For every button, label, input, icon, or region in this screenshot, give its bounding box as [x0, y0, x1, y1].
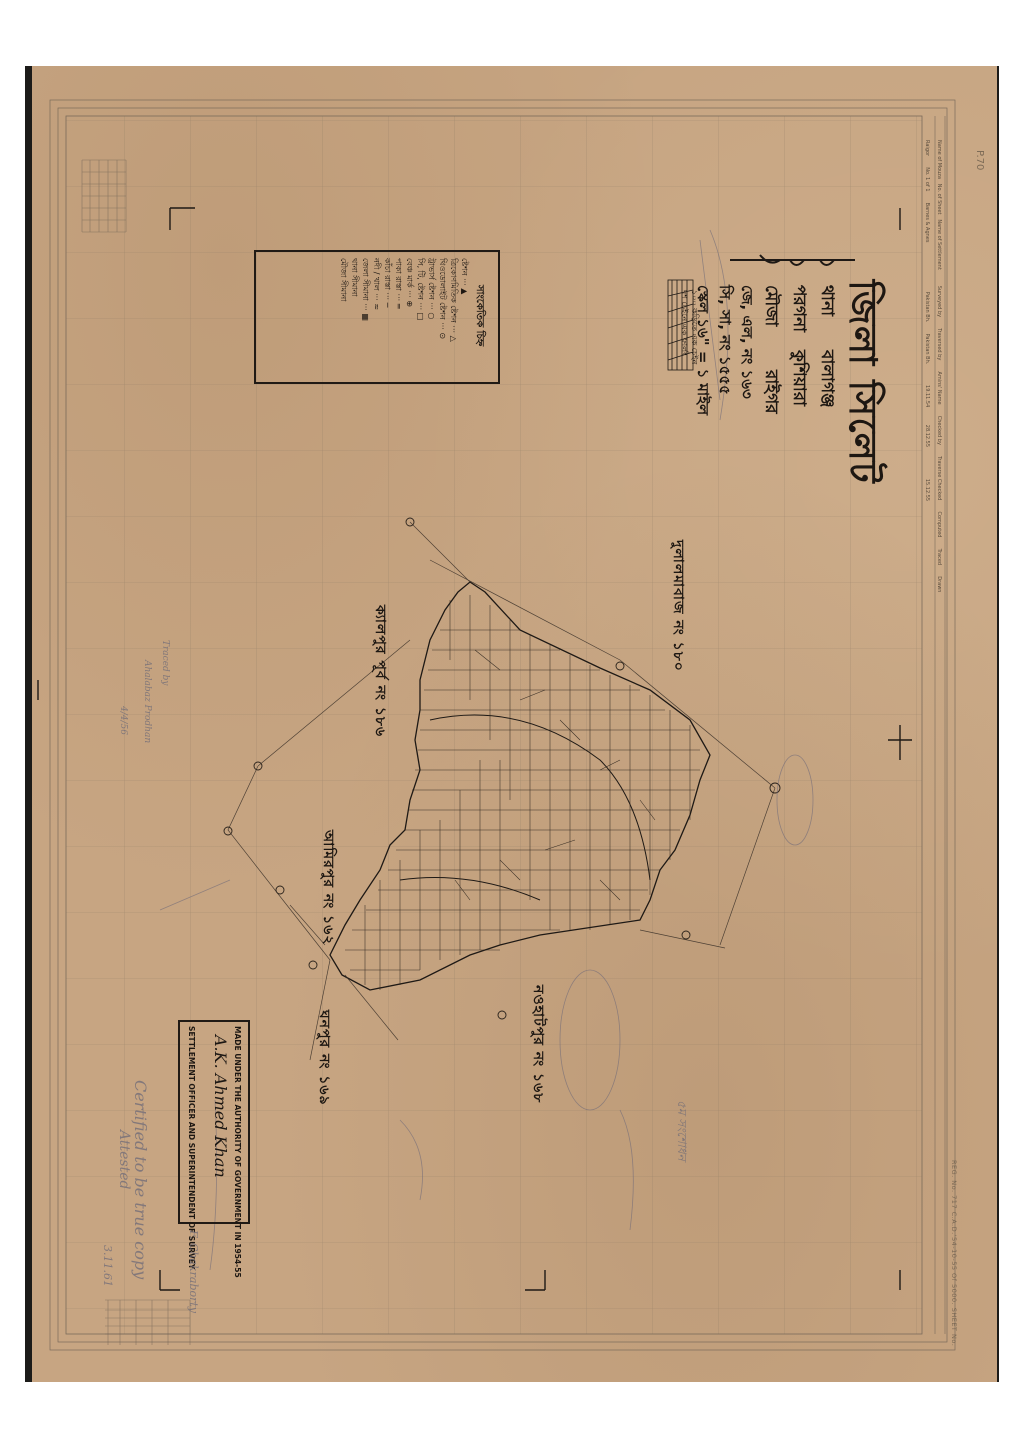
- thana-value: বালাগঞ্জ: [812, 350, 840, 408]
- margin-header: Traverse Checked: [936, 456, 942, 500]
- pencil-note-attested: Attested: [116, 1130, 132, 1189]
- theodolite-symbol-icon: ⊙: [438, 332, 447, 339]
- authority-signature: A.K. Ahmed Khan: [211, 1035, 230, 1178]
- legend-item: মৌজা সীমানা: [338, 258, 349, 342]
- pencil-note-date: 3.11.61: [101, 1245, 114, 1287]
- legend-item: নদী / খাল ··· ≈: [371, 258, 382, 342]
- scale-note-2: দশ চেইনে এক ফার্লং: [677, 290, 690, 356]
- margin-table: Name of Mouza No. of Sheet Name of Settl…: [936, 140, 942, 592]
- pargana-value: কুশিয়ারা: [784, 350, 812, 406]
- margin-value: Pakistan Bh.: [924, 334, 930, 365]
- pargana-label: পরগনা: [784, 285, 812, 332]
- pencil-note-left: Ahalabaz Prodhan: [142, 660, 152, 743]
- legend-title: সাংকেতিক চিহ্ন: [470, 285, 487, 346]
- unmetalled-road-symbol-icon: ─: [383, 303, 392, 308]
- boundary-label-south: ঘনপুর নং ১৬৯: [312, 1010, 336, 1106]
- river-symbol-icon: ≈: [372, 303, 381, 310]
- margin-header: Drawn: [936, 576, 942, 592]
- margin-value: 28.12.55: [924, 425, 930, 447]
- triangulation-symbol-icon: △: [449, 336, 458, 342]
- pencil-note-true-copy: Certified to be true copy: [131, 1080, 150, 1279]
- margin-header: Name of Settlement: [936, 219, 942, 269]
- legend-item: সি, টি, ষ্টেশন ··· □: [415, 258, 426, 342]
- ct-station-symbol-icon: □: [416, 313, 425, 321]
- margin-header: Amins' Name: [936, 371, 942, 404]
- legend-list: ষ্টেশন ··· ▲ ত্রিকোণমিতিক ষ্টেশন ··· △ থ…: [338, 258, 470, 342]
- margin-value: No. 1 of 1: [924, 167, 930, 191]
- margin-header: Name of Mouza: [936, 140, 942, 179]
- sheet-number: সি, সা, নং ১৫৫৫: [711, 285, 736, 395]
- margin-header: Traversed by: [936, 328, 942, 360]
- margin-header: Computed: [936, 512, 942, 538]
- mouza-label: মৌজা: [756, 285, 784, 326]
- mouza-value: রাইগর: [756, 370, 784, 414]
- traverse-symbol-icon: ○: [427, 312, 436, 319]
- margin-value: Raigor: [924, 140, 930, 156]
- legend-item: পাকা রাস্তা ··· ═: [393, 258, 404, 342]
- pencil-note-left-date: 4/4/56: [118, 706, 128, 735]
- legend-item: জেলা সীমানা ··· ▦: [360, 258, 371, 342]
- station-symbol-icon: ▲: [460, 288, 469, 294]
- margin-header: No. of Sheet: [936, 184, 942, 215]
- legend-item: কাঁচা রাস্তা ··· ─: [382, 258, 393, 342]
- pencil-note-name: F. Chakraborty: [187, 1230, 200, 1313]
- jl-number: জে, এল, নং ১৬৩: [733, 285, 758, 399]
- boundary-label-west: ক্যালপুর পূর্ব নং ১৮৬: [368, 605, 392, 737]
- boundary-label-southwest: আমিরপুর নং ১৬২: [316, 830, 340, 945]
- sheet-reference: P.70: [974, 150, 985, 170]
- margin-value: 19.11.54: [924, 385, 930, 407]
- legend-item: ত্রিকোণমিতিক ষ্টেশন ··· △: [448, 258, 459, 342]
- authority-line-1: MADE UNDER THE AUTHORITY OF GOVERNMENT I…: [233, 1026, 242, 1278]
- margin-value: 15.12.55: [924, 479, 930, 501]
- legend-item: থিওডোলাইট ষ্টেশন ··· ⊙: [437, 258, 448, 342]
- margin-table-values: Raigor No. 1 of 1 Barnes & Agnes Pakista…: [924, 140, 930, 501]
- boundary-label-southeast: নওহাটপুর নং ১৬৮: [526, 985, 550, 1103]
- legend-item: ট্রাভার্স ষ্টেশন ··· ○: [426, 258, 437, 342]
- legend-item: বেঞ্চ মার্ক ··· ⊕: [404, 258, 415, 342]
- map-linework: [0, 0, 1024, 1447]
- boundary-label-north: দুলালমাবাজ নং ১৮০: [666, 540, 690, 672]
- margin-header: Surveyed by: [936, 286, 942, 317]
- legend-item: থানা সীমানা: [349, 258, 360, 342]
- pencil-note-traced: Traced by: [160, 640, 170, 686]
- margin-header: Checked by: [936, 416, 942, 445]
- district-boundary-symbol-icon: ▦: [361, 313, 370, 321]
- margin-value: Barnes & Agnes: [924, 203, 930, 243]
- thana-label: থানা: [812, 285, 840, 316]
- margin-header: Traced: [936, 549, 942, 565]
- legend-item: ষ্টেশন ··· ▲: [459, 258, 470, 342]
- benchmark-symbol-icon: ⊕: [405, 300, 414, 307]
- metalled-road-symbol-icon: ═: [394, 304, 403, 309]
- footer-reference: REG. No. 717 C.A.D.'54-10-55 Of 5000. SH…: [950, 1160, 958, 1346]
- pencil-note-revision: ৫ম সংশোধন: [670, 1100, 690, 1161]
- margin-value: Pakistan Bh.: [924, 292, 930, 323]
